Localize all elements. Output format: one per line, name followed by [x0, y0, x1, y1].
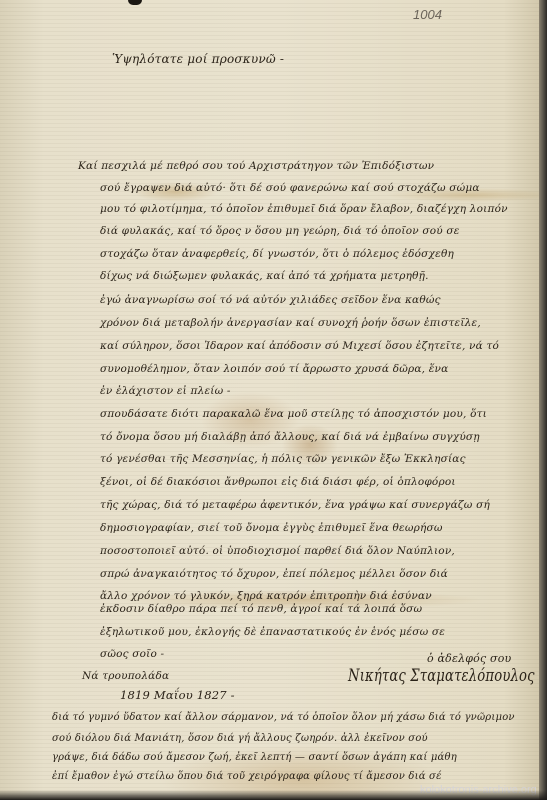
body-line: ἄλλο χρόνον τό γλυκόν, ξηρά κατρόν ἐπιτρ…: [100, 590, 432, 602]
body-line: σῶος σοῖο -: [100, 648, 164, 660]
body-line: ἐν ἐλάχιστον εἰ πλείω -: [100, 385, 231, 397]
postscript-line: σού διόλου διά Μανιάτη, ὅσον διά γή ἄλλο…: [52, 733, 428, 744]
catalog-number: 1004: [413, 7, 442, 22]
date-line: 1819 Μαΐου 1827 -: [120, 688, 235, 702]
body-line: διά φυλακάς, καί τό ὅρος ν ὅσου μη γεώρη…: [100, 225, 460, 237]
body-line: τό ὄνομα ὅσου μή διαλάβῃ ἀπό ἄλλους, καί…: [100, 431, 480, 443]
body-line: δίχως νά διώξωμεν φυλακάς, καί ἀπό τά χρ…: [100, 270, 429, 282]
body-line: Καί πεσχιλά μέ πεθρό σου τού Αρχιστράτηγ…: [78, 160, 434, 172]
body-line: ἐγώ ἀναγνωρίσω σοί τό νά αὐτόν χιλιάδες …: [100, 294, 441, 306]
closing-phrase: ὁ ἀδελφός σου: [427, 652, 511, 665]
ink-blot: [128, 0, 142, 5]
body-line: δημοσιογραφίαν, σιεί τοῦ ὄνομα ἐγγὺς ἐπι…: [100, 522, 443, 534]
manuscript-page: 1004 Ὑψηλότατε μοί προσκυνῶ - Καί πεσχιλ…: [0, 0, 547, 800]
body-line: συνομοθέλημον, ὅταν λοιπόν σού τί ἄρρωστ…: [100, 363, 448, 375]
salutation: Ὑψηλότατε μοί προσκυνῶ -: [112, 52, 284, 66]
body-line: ξένοι, οἱ δέ διακόσιοι ἄνθρωποι εἰς διά …: [100, 476, 456, 488]
postscript-line: γράψε, διά δάδω σού ἄμεσον ζωή, ἐκεῖ λεπ…: [52, 752, 457, 763]
body-line: μου τό φιλοτίμημα, τό ὁποῖον ἐπιθυμεῖ δι…: [100, 203, 508, 215]
body-line: στοχάζω ὅταν ἀναφερθείς, δί γνωστόν, ὅτι…: [100, 248, 454, 260]
body-line: ἐξηλωτικοῦ μου, ἐκλογής δὲ ἐπαναστατικού…: [100, 626, 445, 638]
body-line: σπουδάσατε διότι παρακαλῶ ἕνα μοῦ στείλῃ…: [100, 408, 487, 420]
page-edge: [0, 790, 547, 800]
body-line: σού ἔγραψεν διά αὐτό· ὅτι δέ σού φανερών…: [100, 182, 480, 194]
postscript-line: ἐπί ἔμαθον ἐγώ στείλω ὅπου διά τοῦ χειρό…: [52, 771, 442, 782]
body-line: τῆς χώρας, διά τό μεταφέρω ἀφεντικόν, ἕν…: [100, 499, 490, 511]
place-line: Νά τρουπολάδα: [82, 670, 169, 682]
body-line: καί σύληρον, ὅσοι Ἰδαρον καί ἀπόδοσιν σύ…: [100, 340, 499, 352]
postscript-line: διά τό γυμνό ὕδατον καί ἄλλον σάρμανον, …: [52, 712, 515, 723]
signature: Νικήτας Σταματελόπουλος: [348, 666, 535, 686]
body-line: σπρώ ἀναγκαιότητος τό ὄχυρον, ἐπεί πόλεμ…: [100, 568, 448, 580]
page-edge: [539, 0, 547, 800]
body-line: χρόνον διά μεταβολήν ἀνεργασίαν καί συνο…: [100, 317, 481, 329]
body-line: ἐκδοσιν δίαθρο πάρα πεί τό πενθ, ἀγροί κ…: [100, 603, 422, 615]
body-line: τό γενέσθαι τῆς Μεσσηνίας, ἡ πόλις τῶν γ…: [100, 453, 466, 465]
body-line: ποσοστοποιεῖ αὐτό. οἱ ὑποδιοχισμοί παρθε…: [100, 545, 455, 557]
